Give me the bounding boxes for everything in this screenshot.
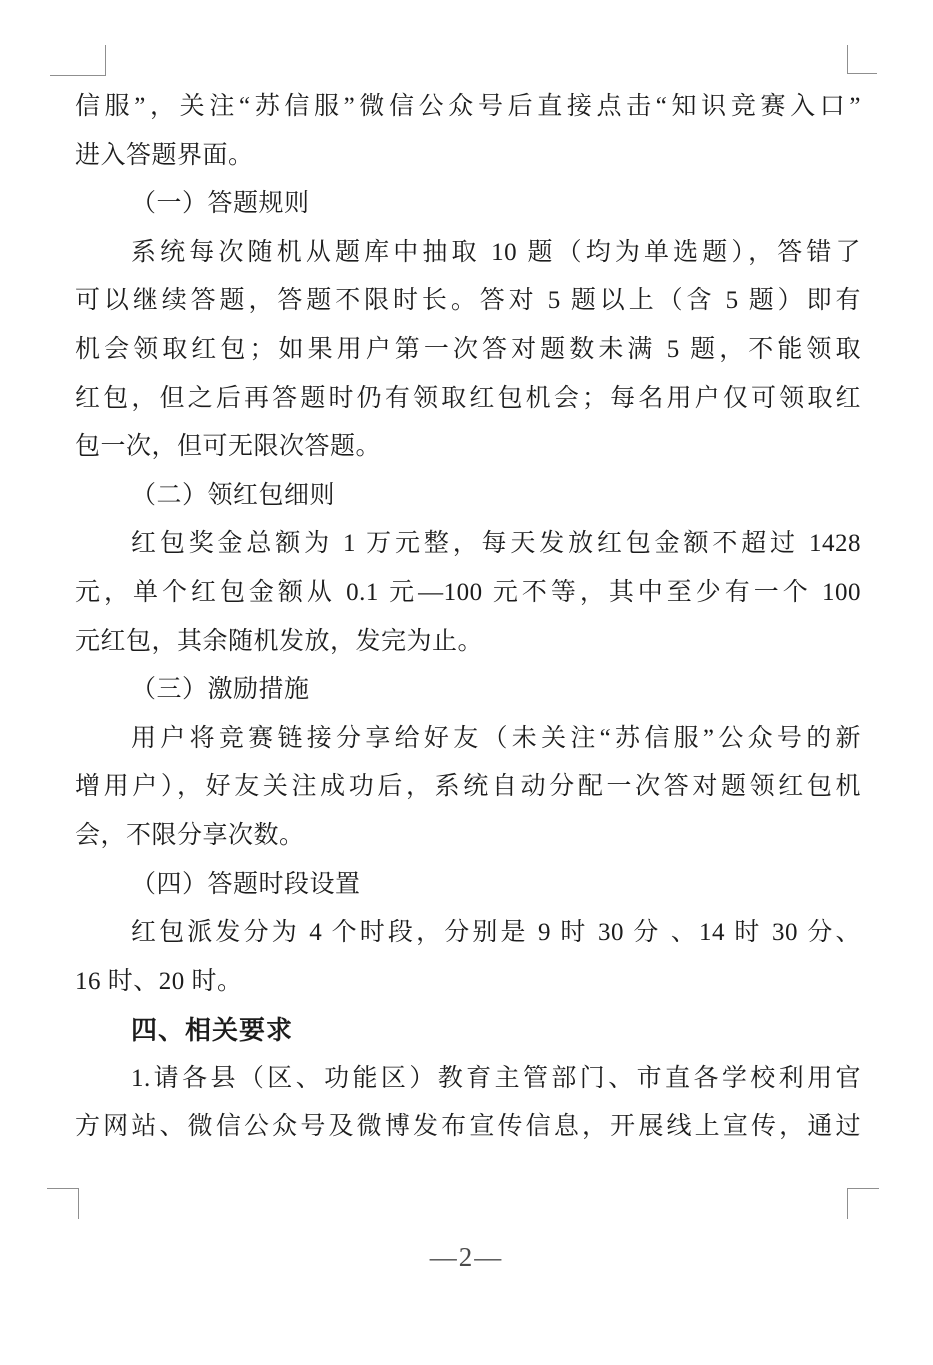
text-line: （二）领红包细则 (75, 472, 861, 521)
page-number-label: —2— (430, 1242, 504, 1272)
document-body: 信服”，关注“苏信服”微信公众号后直接点击“知识竞赛入口”进入答题界面。（一）答… (75, 83, 861, 1152)
document-page: 信服”，关注“苏信服”微信公众号后直接点击“知识竞赛入口”进入答题界面。（一）答… (0, 0, 933, 1365)
page-number: —2— (0, 1242, 933, 1273)
text-line: 红包派发分为 4 个时段，分别是 9 时 30 分 、14 时 30 分、 (75, 909, 861, 958)
text-line: （三）激励措施 (75, 666, 861, 715)
text-line: 进入答题界面。 (75, 132, 861, 181)
text-line: （一）答题规则 (75, 180, 861, 229)
section-heading: 四、相关要求 (75, 1006, 861, 1055)
text-line: 元，单个红包金额从 0.1 元—100 元不等，其中至少有一个 100 (75, 569, 861, 618)
text-line: 元红包，其余随机发放，发完为止。 (75, 618, 861, 667)
text-line: （四）答题时段设置 (75, 861, 861, 910)
text-line: 可以继续答题，答题不限时长。答对 5 题以上（含 5 题）即有 (75, 277, 861, 326)
crop-mark-top-right (847, 45, 877, 74)
text-line: 增用户），好友关注成功后，系统自动分配一次答对题领红包机 (75, 763, 861, 812)
crop-mark-bottom-left (47, 1188, 79, 1219)
text-line: 红包奖金总额为 1 万元整，每天发放红包金额不超过 1428 (75, 520, 861, 569)
text-line: 16 时、20 时。 (75, 958, 861, 1007)
text-line: 包一次，但可无限次答题。 (75, 423, 861, 472)
text-line: 机会领取红包；如果用户第一次答对题数未满 5 题，不能领取 (75, 326, 861, 375)
text-line: 红包，但之后再答题时仍有领取红包机会；每名用户仅可领取红 (75, 375, 861, 424)
text-line: 用户将竞赛链接分享给好友（未关注“苏信服”公众号的新 (75, 715, 861, 764)
text-line: 信服”，关注“苏信服”微信公众号后直接点击“知识竞赛入口” (75, 83, 861, 132)
crop-mark-top-left (50, 45, 106, 76)
text-line: 方网站、微信公众号及微博发布宣传信息，开展线上宣传，通过 (75, 1103, 861, 1152)
crop-mark-bottom-right (847, 1188, 879, 1219)
text-line: 会，不限分享次数。 (75, 812, 861, 861)
text-line: 系统每次随机从题库中抽取 10 题（均为单选题），答错了 (75, 229, 861, 278)
text-line: 1.请各县（区、功能区）教育主管部门、市直各学校利用官 (75, 1055, 861, 1104)
